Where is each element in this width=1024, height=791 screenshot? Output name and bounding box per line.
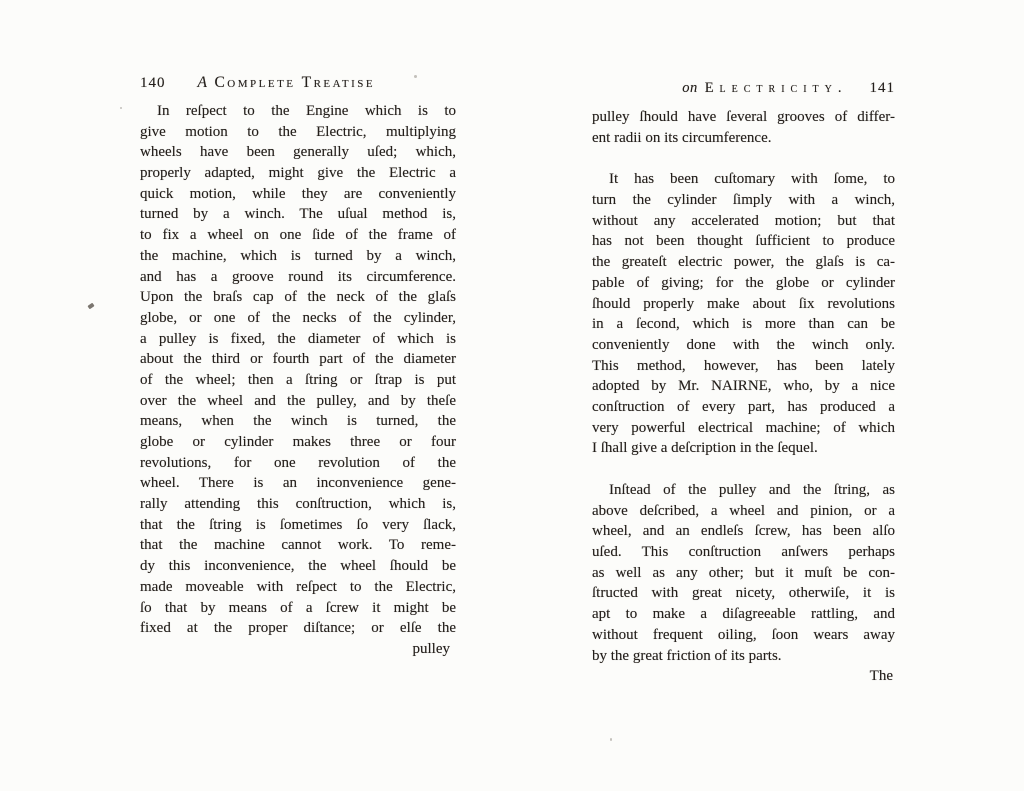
text-line: turn the cylinder ſimply with a winch, (592, 190, 895, 211)
text-line: of the wheel; then a ſtring or ſtrap is … (140, 370, 456, 391)
page-left: 140 AComplete Treatise In reſpect to the… (140, 74, 456, 660)
scan-speck (414, 75, 417, 78)
text-line: made moveable with reſpect to the Electr… (140, 577, 456, 598)
text-line: I ſhall give a deſcription in the ſequel… (592, 438, 895, 459)
paragraph: In reſpect to the Engine which is togive… (140, 101, 456, 639)
text-line: pulley ſhould have ſeveral grooves of di… (592, 107, 895, 128)
text-line: dy this inconvenience, the wheel ſhould … (140, 556, 456, 577)
text-line: adopted by Mr. NAIRNE, who, by a nice (592, 376, 895, 397)
page-right: onElectricity. 141 pulley ſhould have ſe… (592, 80, 895, 687)
text-line: ſhould properly make about ſix revolutio… (592, 294, 895, 315)
text-line: over the wheel and the pulley, and by th… (140, 391, 456, 412)
text-line: about the third or fourth part of the di… (140, 349, 456, 370)
text-line: quick motion, while they are convenientl… (140, 184, 456, 205)
page-number-right: 141 (870, 80, 896, 97)
running-header-right: onElectricity. 141 (592, 80, 895, 102)
paragraph: pulley ſhould have ſeveral grooves of di… (592, 107, 895, 148)
text-line: and has a groove round its circumference… (140, 267, 456, 288)
text-line: wheels have been generally uſed; which, (140, 142, 456, 163)
text-line: globe, or one of the necks of the cylind… (140, 308, 456, 329)
text-line: Upon the braſs cap of the neck of the gl… (140, 287, 456, 308)
text-line: ſtructed with great nicety, otherwiſe, i… (592, 583, 895, 604)
text-line: This method, however, has been lately (592, 356, 895, 377)
text-line: conveniently done with the winch only. (592, 335, 895, 356)
text-line: properly adapted, might give the Electri… (140, 163, 456, 184)
text-line: by the great friction of its parts. (592, 646, 895, 667)
paragraph: It has been cuſtomary with ſome, toturn … (592, 169, 895, 459)
text-line: Inſtead of the pulley and the ſtring, as (592, 480, 895, 501)
running-header-left: 140 AComplete Treatise (140, 74, 456, 96)
text-line: revolutions, for one revolution of the (140, 453, 456, 474)
running-title-text: Electricity. (705, 80, 848, 96)
text-line: has not been thought ſufficient to produ… (592, 231, 895, 252)
page-body-right: pulley ſhould have ſeveral grooves of di… (592, 107, 895, 687)
text-line: ſo that by means of a ſcrew it might be (140, 598, 456, 619)
catchword-left: pulley (140, 639, 456, 660)
text-line: wheel. There is an inconvenience gene- (140, 473, 456, 494)
text-line: a pulley is fixed, the diameter of which… (140, 329, 456, 350)
running-title-text: Complete Treatise (214, 74, 375, 91)
text-line: means, when the winch is turned, the (140, 411, 456, 432)
catchword-right: The (592, 666, 895, 687)
text-line: above deſcribed, a wheel and pinion, or … (592, 501, 895, 522)
text-line: the greateſt electric power, the glaſs i… (592, 252, 895, 273)
text-line: without any accelerated motion; but that (592, 211, 895, 232)
text-line: rally attending this conſtruction, which… (140, 494, 456, 515)
text-line: conſtruction of every part, has produced… (592, 397, 895, 418)
running-title-italic: on (682, 80, 698, 96)
text-line: fixed at the proper diſtance; or elſe th… (140, 618, 456, 639)
text-line: globe or cylinder makes three or four (140, 432, 456, 453)
running-title-italic: A (198, 74, 208, 91)
running-title-left: AComplete Treatise (198, 74, 376, 92)
scan-speck (120, 107, 122, 109)
page-number-left: 140 (140, 75, 166, 92)
text-line: as well as any other; but it muſt be con… (592, 563, 895, 584)
text-line: pable of giving; for the globe or cylind… (592, 273, 895, 294)
text-line: to fix a wheel on one ſide of the frame … (140, 225, 456, 246)
text-line: without frequent oiling, ſoon wears away (592, 625, 895, 646)
text-line: In reſpect to the Engine which is to (140, 101, 456, 122)
margin-mark (87, 303, 94, 310)
text-line: wheel, and an endleſs ſcrew, has been al… (592, 521, 895, 542)
book-scan-spread: { "colors": { "ink": "#241f1b", "paper":… (0, 0, 1024, 791)
text-line: It has been cuſtomary with ſome, to (592, 169, 895, 190)
text-line: very powerful electrical machine; of whi… (592, 418, 895, 439)
scan-speck (610, 738, 612, 741)
text-line: that the machine cannot work. To reme- (140, 535, 456, 556)
text-line: apt to make a diſagreeable rattling, and (592, 604, 895, 625)
page-body-left: In reſpect to the Engine which is togive… (140, 101, 456, 660)
text-line: turned by a winch. The uſual method is, (140, 204, 456, 225)
text-line: in a ſecond, which is more than can be (592, 314, 895, 335)
text-line: that the ſtring is ſometimes ſo very ſla… (140, 515, 456, 536)
running-title-right: onElectricity. (682, 80, 847, 97)
text-line: ent radii on its circumference. (592, 128, 895, 149)
text-line: give motion to the Electric, multiplying (140, 122, 456, 143)
text-line: uſed. This conſtruction anſwers perhaps (592, 542, 895, 563)
paragraph: Inſtead of the pulley and the ſtring, as… (592, 480, 895, 666)
text-line: the machine, which is turned by a winch, (140, 246, 456, 267)
